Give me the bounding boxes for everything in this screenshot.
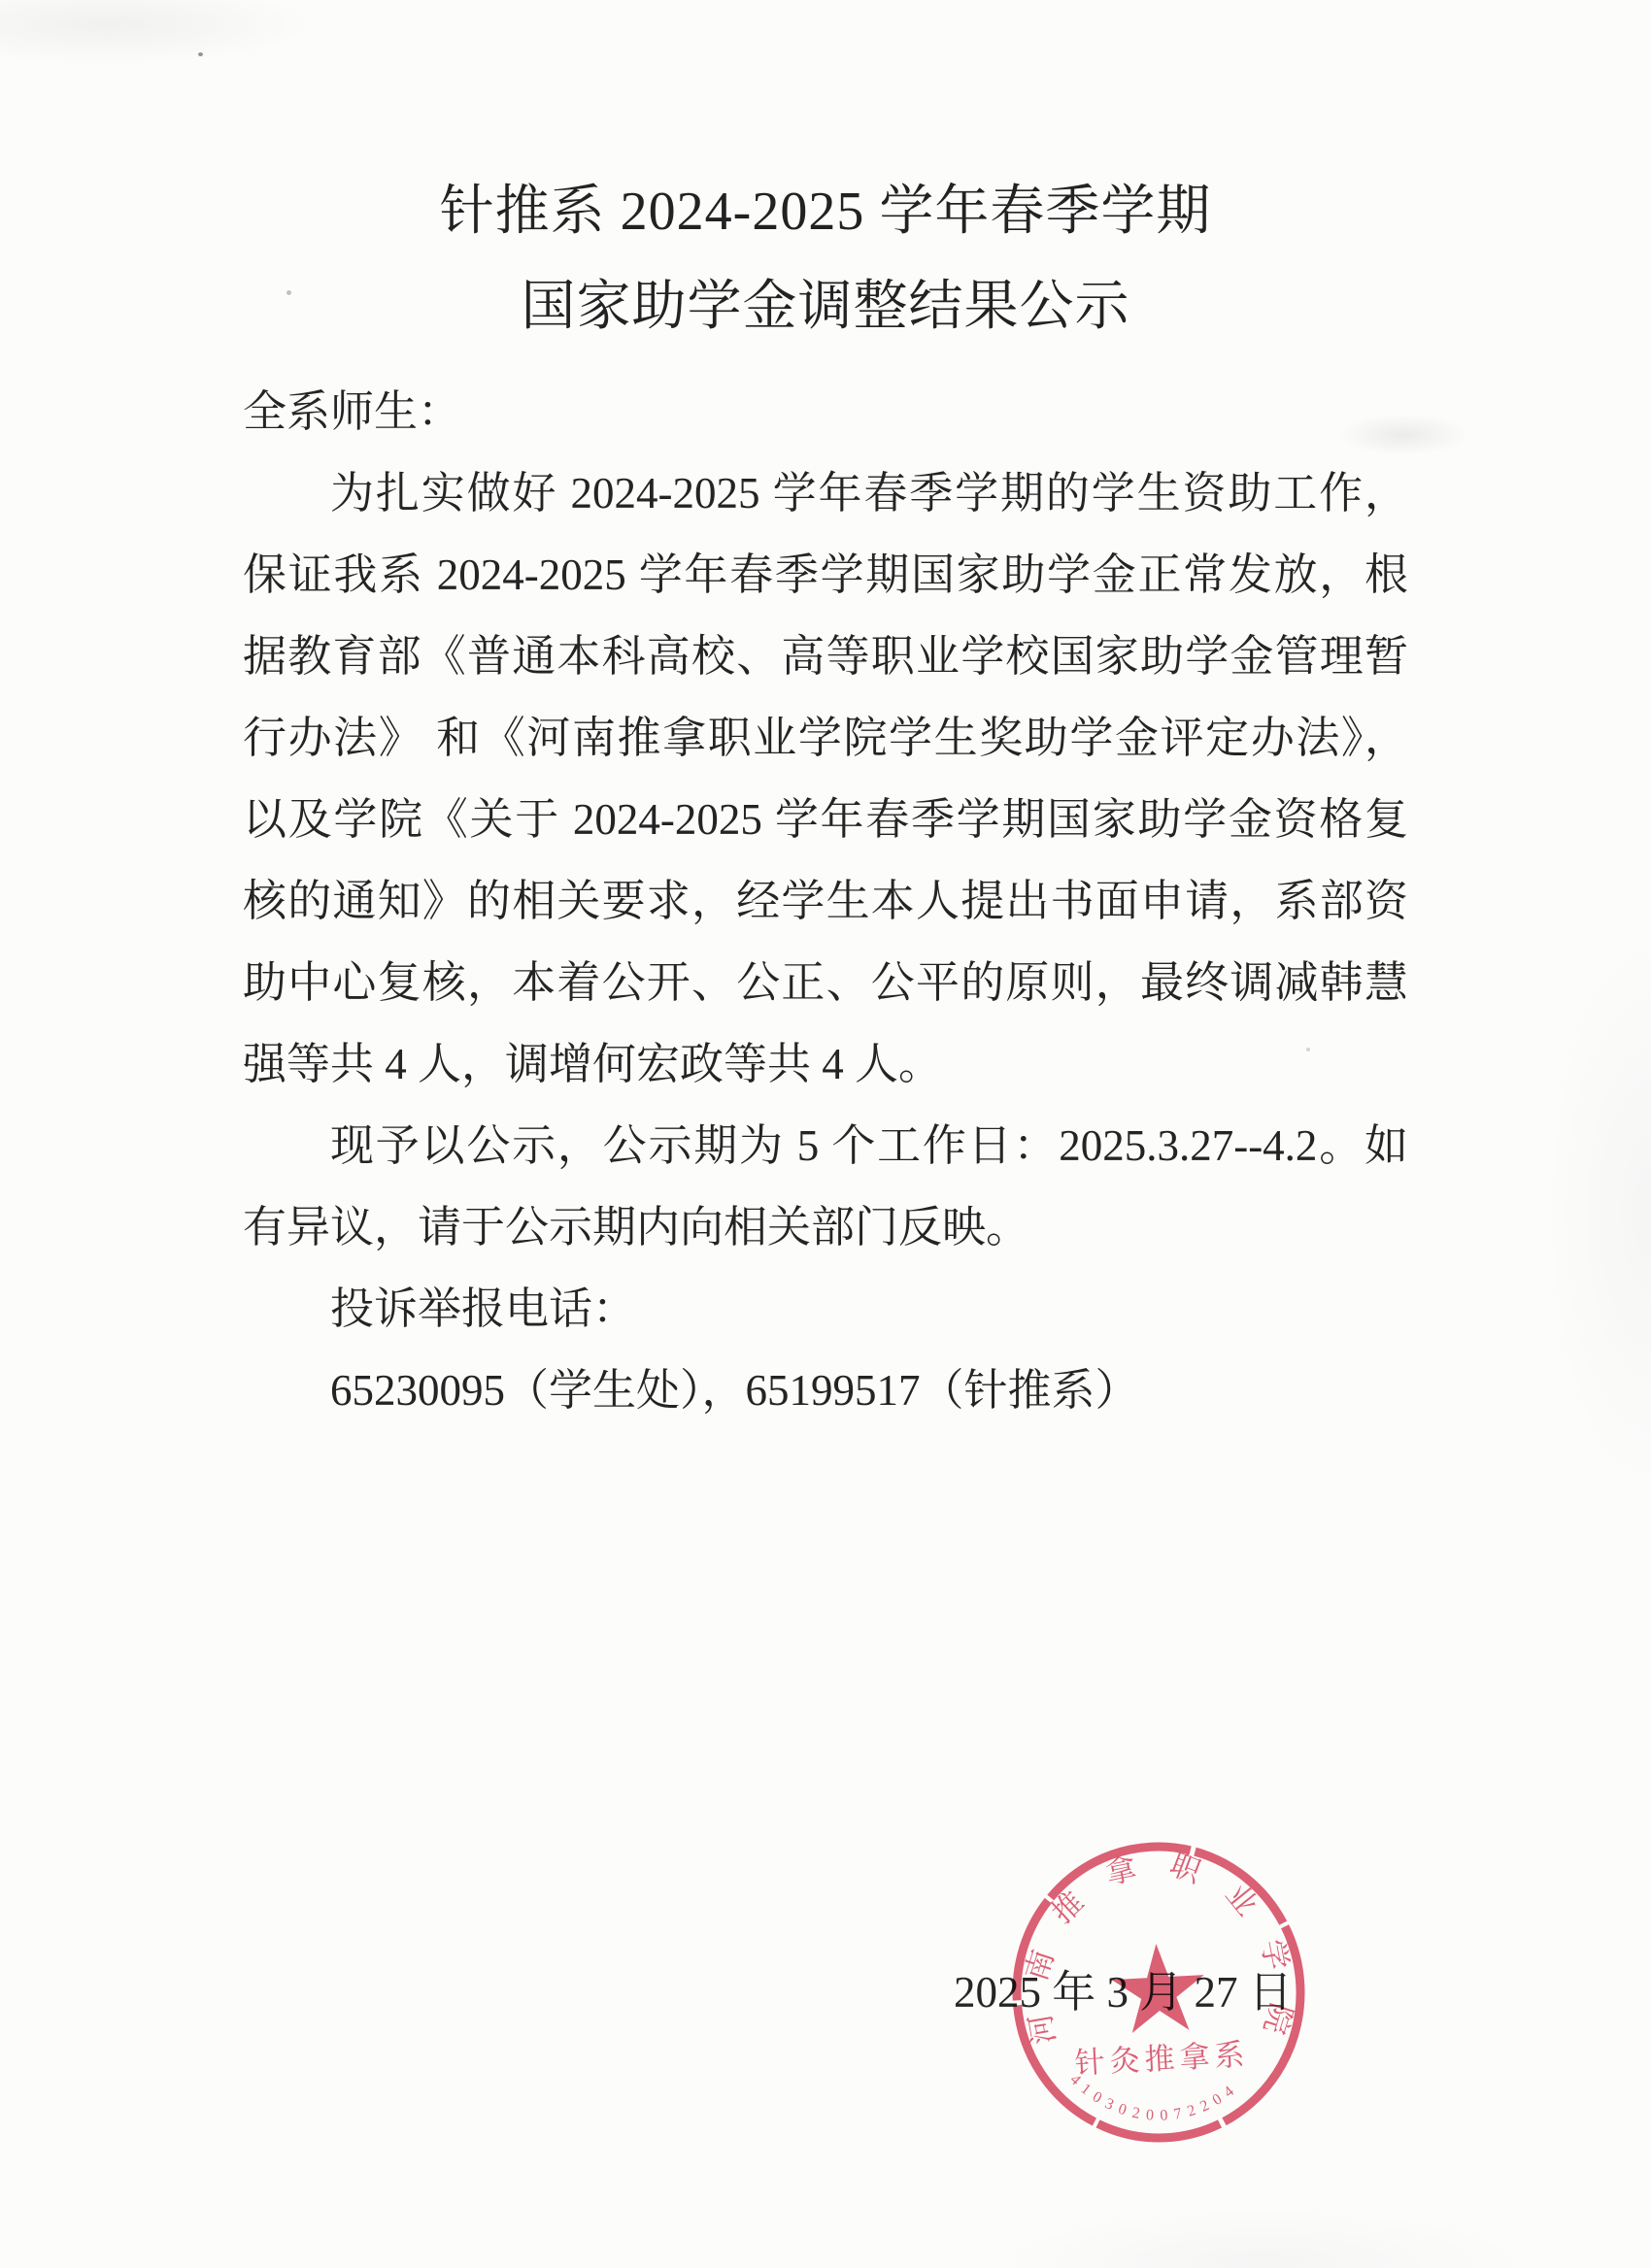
hotline-label: 投诉举报电话： xyxy=(243,1268,1408,1350)
title-line-1: 针推系 2024-2025 学年春季学期 xyxy=(243,164,1408,259)
stamp-star-icon xyxy=(1110,1942,1207,2034)
scanned-document-page: 针推系 2024-2025 学年春季学期 国家助学金调整结果公示 全系师生： 为… xyxy=(0,0,1651,2268)
title-line-2: 国家助学金调整结果公示 xyxy=(243,259,1408,354)
salutation: 全系师生： xyxy=(243,371,1408,452)
body-paragraph-1: 为扎实做好 2024-2025 学年春季学期的学生资助工作，保证我系 2024-… xyxy=(243,452,1408,1105)
scan-speck xyxy=(198,52,203,56)
body-paragraph-2: 现予以公示，公示期为 5 个工作日：2025.3.27--4.2。如有异议，请于… xyxy=(243,1105,1408,1268)
hotline-numbers: 65230095（学生处），65199517（针推系） xyxy=(243,1350,1408,1431)
scan-speck xyxy=(286,290,291,295)
stamp-department-text: 针灸推拿系 xyxy=(1074,2037,1251,2080)
document-title: 针推系 2024-2025 学年春季学期 国家助学金调整结果公示 xyxy=(243,164,1408,354)
scan-speck xyxy=(1306,1048,1310,1051)
document-body: 全系师生： 为扎实做好 2024-2025 学年春季学期的学生资助工作，保证我系… xyxy=(243,371,1408,1431)
official-seal-stamp: 河南推拿职业学院 针灸推拿系 4103020072204 xyxy=(985,1818,1331,2165)
